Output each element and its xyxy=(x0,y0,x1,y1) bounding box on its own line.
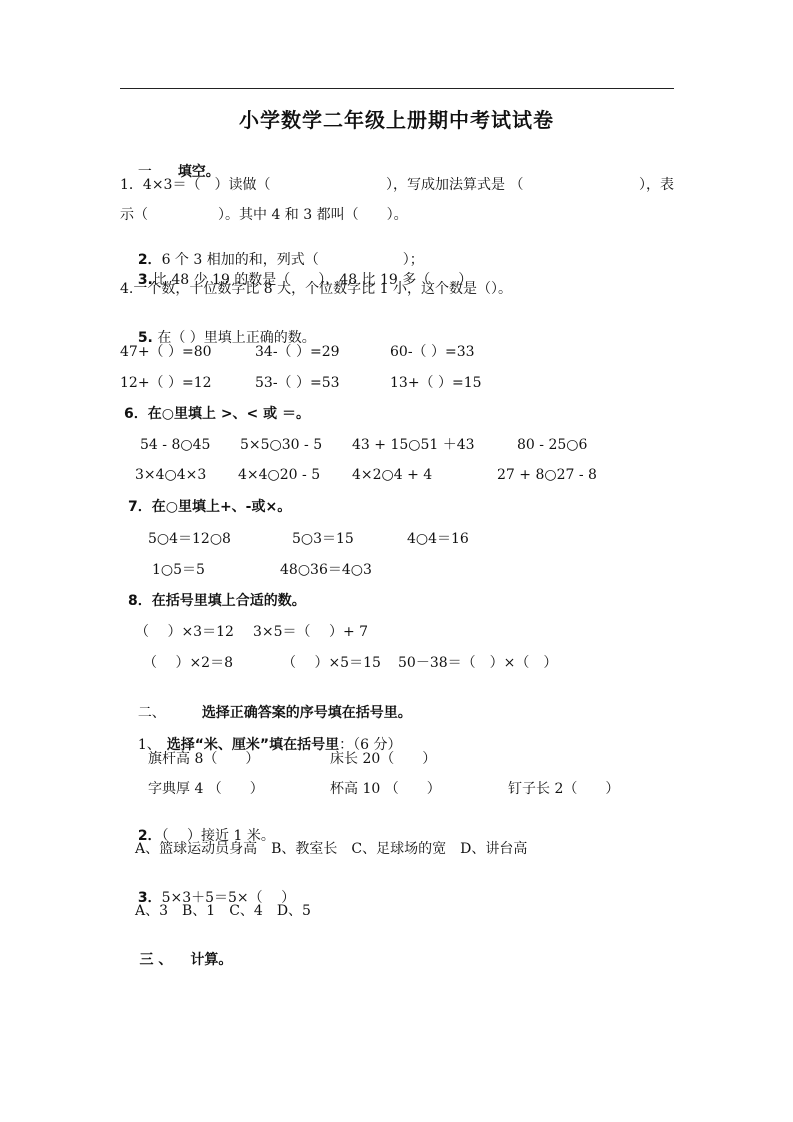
s2q2-options: A、篮球运动员身高 B、教室长 C、足球场的宽 D、讲台高 xyxy=(135,840,527,858)
page-title: 小学数学二年级上册期中考试试卷 xyxy=(0,104,793,133)
q1-part-3: ），表 xyxy=(639,176,674,194)
question-7-heading: 7．在○里填上+、-或×。 xyxy=(128,498,291,516)
q7-item: 48○36＝4○3 xyxy=(280,561,372,579)
q6-item: 43 + 15○51 ＋43 xyxy=(352,436,475,454)
q8-item: 3×5＝（ ）+ 7 xyxy=(253,623,368,641)
q5-item: 13+（ ）=15 xyxy=(390,374,482,392)
question-8-heading: 8．在括号里填上合适的数。 xyxy=(128,592,306,610)
q6-item: 4×4○20 - 5 xyxy=(238,466,320,484)
q6-item: 4×2○4 + 4 xyxy=(352,466,432,484)
q6-item: 80 - 25○6 xyxy=(517,436,587,454)
q5-item: 47+（ ）=80 xyxy=(120,343,212,361)
q6-item: 27 + 8○27 - 8 xyxy=(497,466,597,484)
q1-part-2: ），写成加法算式是 （ xyxy=(386,176,523,194)
section-3-heading: 三 、计算。 xyxy=(120,933,232,987)
s2q1-item: 钉子长 2（ ） xyxy=(508,780,619,798)
s2q1-item: 床长 20（ ） xyxy=(330,750,436,768)
q6-item: 54 - 8○45 xyxy=(140,436,210,454)
q7-item: 4○4＝16 xyxy=(407,530,469,548)
q8-item: （ ）×5＝15 xyxy=(282,654,381,672)
s2q1-item: 旗杆高 8（ ） xyxy=(148,750,259,768)
q7-item: 1○5＝5 xyxy=(152,561,205,579)
q5-item: 60-（ ）=33 xyxy=(390,343,475,361)
q7-item: 5○3＝15 xyxy=(292,530,354,548)
s2q3-options: A、3 B、1 C、4 D、5 xyxy=(135,902,311,920)
question-1-line-2: 示（ ）。其中 4 和 3 都叫（ ）。 xyxy=(120,206,408,224)
question-6-heading: 6．在○里填上 >、< 或 ＝。 xyxy=(124,405,310,423)
q1-part-1: 1．4×3＝（ ）读做（ xyxy=(120,176,270,194)
question-1-line-1: 1．4×3＝（ ）读做（ ），写成加法算式是 （ ），表 xyxy=(120,176,674,194)
q8-item: （ ）×3＝12 xyxy=(135,623,234,641)
q6-item: 5×5○30 - 5 xyxy=(240,436,322,454)
section-3-title: 计算。 xyxy=(190,952,232,968)
section-3-number: 三 、 xyxy=(140,952,173,968)
q8-item: 50－38＝（ ）×（ ） xyxy=(398,654,557,672)
header-rule xyxy=(120,88,674,89)
s2q1-item: 杯高 10 （ ） xyxy=(330,780,441,798)
q5-item: 34-（ ）=29 xyxy=(255,343,340,361)
q8-item: （ ）×2＝8 xyxy=(143,654,233,672)
q5-item: 53-（ ）=53 xyxy=(255,374,340,392)
exam-page: 小学数学二年级上册期中考试试卷 一填空。 1．4×3＝（ ）读做（ ），写成加法… xyxy=(0,0,793,1122)
s2q1-item: 字典厚 4 （ ） xyxy=(148,780,264,798)
q6-item: 3×4○4×3 xyxy=(135,466,206,484)
q7-item: 5○4＝12○8 xyxy=(148,530,231,548)
q5-item: 12+（ ）=12 xyxy=(120,374,212,392)
question-4: 4.一个数，十位数字比 8 大，个位数字比 1 小，这个数是（）。 xyxy=(120,280,512,298)
